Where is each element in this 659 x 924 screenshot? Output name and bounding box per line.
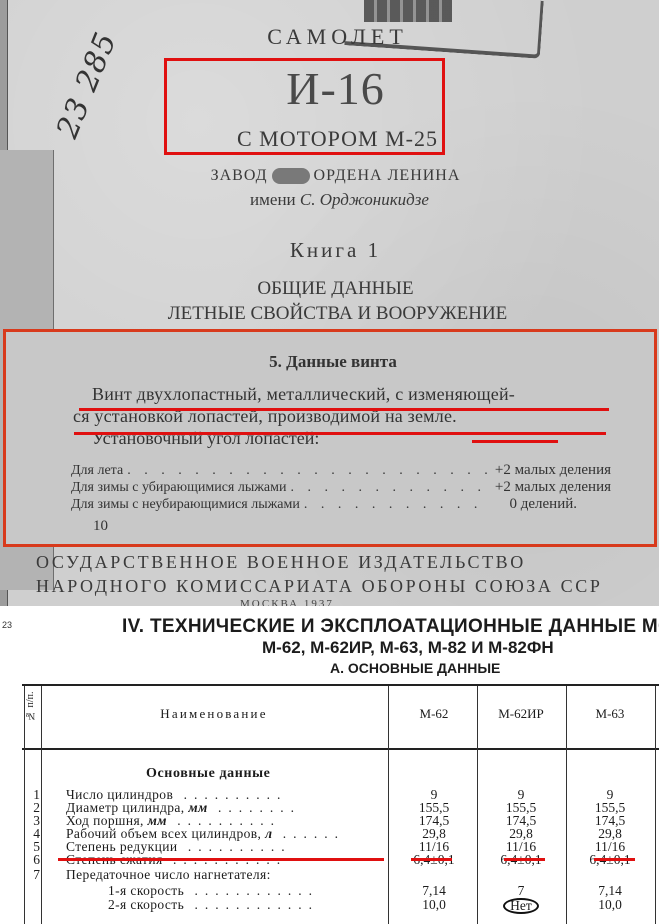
cell-value: 10,0: [567, 898, 653, 912]
leader-dots: ............: [184, 884, 319, 898]
factory-suffix: ОРДЕНА ЛЕНИНА: [314, 167, 461, 184]
paragraph-line: Винт двухлопастный, металлический, с изм…: [92, 384, 515, 405]
book-number: Книга 1: [6, 238, 659, 263]
table-chapter-heading: IV. ТЕХНИЧЕСКИЕ И ЭКСПЛОАТАЦИОННЫЕ ДАННЫ…: [122, 616, 659, 638]
table-row: 2Диаметр цилиндра, мм ........155,5155,5…: [0, 801, 659, 815]
row-name: Диаметр цилиндра, мм ........: [66, 801, 384, 815]
column-header-m62: М-62: [391, 706, 477, 722]
red-underline-value: [504, 858, 545, 861]
table-header-rule: [22, 748, 659, 750]
table-row: 2-я скорость ............10,0Нет10,0: [0, 898, 659, 912]
cell-value: Нет: [478, 898, 564, 914]
cell-value: 7,14: [391, 884, 477, 898]
named-after-line: имени С. Орджоникидзе: [10, 190, 659, 210]
column-header-m62ir: М-62ИР: [478, 706, 564, 722]
subtitle-general: ОБЩИЕ ДАННЫЕ: [6, 278, 659, 300]
table-row: 1-я скорость ............7,1477,14: [0, 884, 659, 898]
factory-line: ЗАВОДОРДЕНА ЛЕНИНА: [6, 167, 659, 185]
table-row: 5Степень редукции ..........11/1611/1611…: [0, 840, 659, 854]
row-name: Рабочий объем всех цилиндров, л ......: [66, 827, 384, 841]
leader-dots: ........: [208, 801, 301, 815]
leader-dots: ..........: [167, 814, 281, 828]
unit-label: мм: [148, 814, 167, 828]
blade-angle-list: Для лета . . . . . . . . . . . . . . . .…: [71, 462, 611, 513]
table-row: 7Передаточное число нагнетателя:: [0, 868, 659, 882]
margin-mark: 23: [2, 620, 12, 630]
column-header-name: Наименование: [42, 706, 386, 722]
cell-value: 7: [478, 884, 564, 898]
row-name: 1-я скорость ............: [108, 884, 384, 898]
list-item: Для зимы с убирающимися лыжами . . . . .…: [71, 479, 611, 496]
list-item: Для лета . . . . . . . . . . . . . . . .…: [71, 462, 611, 479]
red-underline-value: [411, 858, 452, 861]
redaction-smudge: [272, 168, 310, 184]
propeller-section-box: 5. Данные винта Винт двухлопастный, мета…: [3, 329, 657, 547]
title-highlight-box: [164, 58, 445, 155]
leader-dots: ..........: [178, 840, 292, 854]
table-row: 4Рабочий объем всех цилиндров, л ......2…: [0, 827, 659, 841]
stamp-ink: [364, 0, 452, 22]
row-name: Число цилиндров ..........: [66, 788, 384, 802]
cover-scan: 23 285 САМОЛЕТ И-16 С МОТОРОМ М-25 ЗАВОД…: [0, 0, 659, 606]
table-row: 3Ход поршня, мм ..........174,5174,5174,…: [0, 814, 659, 828]
circled-annotation: Нет: [503, 898, 539, 914]
red-underline: [79, 408, 609, 411]
leader-dots: ............: [184, 898, 319, 912]
named-after-prefix: имени: [250, 190, 296, 209]
column-header-m63: М-63: [567, 706, 653, 722]
group-title: Основные данные: [146, 766, 270, 782]
factory-prefix: ЗАВОД: [211, 167, 268, 184]
row-name: Ход поршня, мм ..........: [66, 814, 384, 828]
red-underline: [472, 440, 558, 443]
row-name: Степень редукции ..........: [66, 840, 384, 854]
publisher-line: НАРОДНОГО КОМИССАРИАТА ОБОРОНЫ СОЮЗА ССР: [36, 576, 602, 597]
aircraft-label: САМОЛЕТ: [8, 24, 659, 50]
row-number: 6: [30, 853, 40, 867]
column-header-number: № п/п.: [25, 688, 39, 724]
table-engines-line: М-62, М-62ИР, М-63, М-82 И М-82ФН: [262, 638, 554, 658]
red-underline-value: [594, 858, 635, 861]
cell-value: 7,14: [567, 884, 653, 898]
named-after: С. Орджоникидзе: [300, 190, 429, 209]
section-heading: 5. Данные винта: [6, 352, 659, 372]
table-row: 1Число цилиндров ..........999: [0, 788, 659, 802]
list-item: Для зимы с неубирающимися лыжами . . . .…: [71, 496, 611, 513]
red-underline-row: [58, 858, 384, 861]
table-section-title: А. ОСНОВНЫЕ ДАННЫЕ: [330, 660, 500, 676]
publisher-line: ОСУДАРСТВЕННОЕ ВОЕННОЕ ИЗДАТЕЛЬСТВО: [36, 552, 526, 573]
leader-dots: ......: [272, 827, 345, 841]
table-top-rule: [22, 684, 659, 686]
leader-dots: ..........: [173, 788, 287, 802]
red-underline: [74, 432, 606, 435]
page-number: 10: [93, 518, 108, 535]
engine-table-scan: 23 IV. ТЕХНИЧЕСКИЕ И ЭКСПЛОАТАЦИОННЫЕ ДА…: [0, 606, 659, 924]
row-name: Передаточное число нагнетателя:: [66, 868, 384, 882]
subtitle-flight: ЛЕТНЫЕ СВОЙСТВА И ВООРУЖЕНИЕ: [8, 303, 659, 325]
row-number: 7: [30, 868, 40, 882]
unit-label: мм: [188, 801, 207, 815]
row-name: 2-я скорость ............: [108, 898, 384, 912]
cell-value: 10,0: [391, 898, 477, 912]
